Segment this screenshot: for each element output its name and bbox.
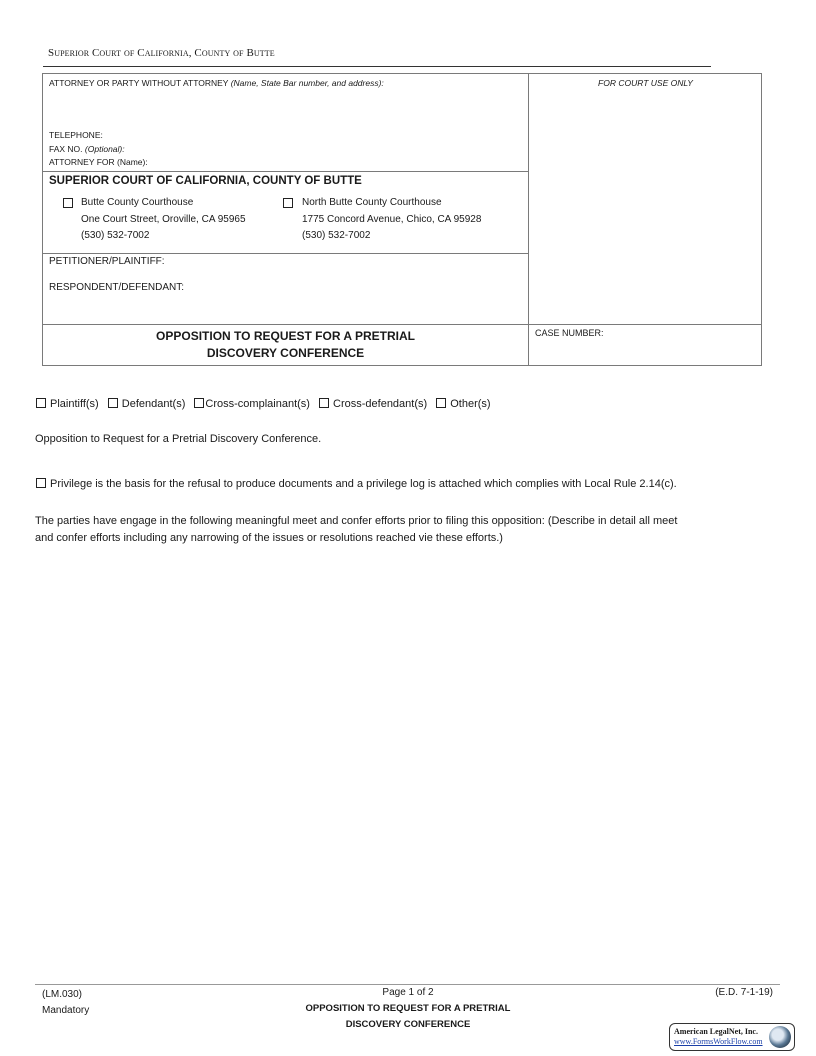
- party-option-label: Plaintiff(s): [50, 398, 99, 410]
- attorney-label-hint: (Name, State Bar number, and address):: [231, 78, 384, 88]
- party-option-label: Other(s): [450, 398, 490, 410]
- footer-center: Page 1 of 2 OPPOSITION TO REQUEST FOR A …: [258, 985, 558, 1033]
- americanlegalnet-logo[interactable]: American LegalNet, Inc. www.FormsWorkFlo…: [669, 1023, 795, 1051]
- courthouse-address: One Court Street, Oroville, CA 95965: [81, 212, 246, 229]
- fax-label: FAX NO.: [49, 144, 83, 154]
- courthouse-chico: North Butte County Courthouse 1775 Conco…: [302, 195, 481, 245]
- attorney-for-label: ATTORNEY FOR (Name):: [49, 157, 148, 167]
- party-option-label: Cross-defendant(s): [333, 398, 427, 410]
- telephone-label: TELEPHONE:: [49, 130, 103, 140]
- footer-title-line1: OPPOSITION TO REQUEST FOR A PRETRIAL: [258, 1001, 558, 1017]
- party-options: Plaintiff(s) Defendant(s) Cross-complain…: [36, 396, 491, 413]
- case-number-label: CASE NUMBER:: [535, 328, 604, 338]
- courthouse-name: Butte County Courthouse: [81, 195, 246, 212]
- header-rule: [43, 66, 711, 67]
- form-title: OPPOSITION TO REQUEST FOR A PRETRIAL DIS…: [43, 328, 528, 362]
- caption-divider-2: [42, 253, 528, 254]
- form-code: (LM.030): [42, 987, 89, 1003]
- fax-field: FAX NO. (Optional):: [49, 144, 125, 154]
- caption-divider-3: [42, 324, 762, 325]
- page-indicator: Page 1 of 2: [258, 985, 558, 1001]
- form-title-line1: OPPOSITION TO REQUEST FOR A PRETRIAL: [43, 328, 528, 345]
- party-option-cross-defendant[interactable]: Cross-defendant(s): [319, 398, 427, 410]
- court-header-title: Superior Court of California, County of …: [48, 47, 275, 59]
- checkbox-icon[interactable]: [194, 398, 204, 408]
- courthouse-oroville-checkbox[interactable]: [63, 198, 73, 208]
- courthouse-phone: (530) 532-7002: [81, 228, 246, 245]
- petitioner-label: PETITIONER/PLAINTIFF:: [49, 256, 165, 267]
- logo-link[interactable]: www.FormsWorkFlow.com: [674, 1037, 763, 1046]
- form-status: Mandatory: [42, 1003, 89, 1019]
- fax-hint: (Optional):: [85, 144, 125, 154]
- privilege-option-label: Privilege is the basis for the refusal t…: [50, 478, 677, 490]
- party-option-defendant[interactable]: Defendant(s): [108, 398, 186, 410]
- courthouse-address: 1775 Concord Avenue, Chico, CA 95928: [302, 212, 481, 229]
- opposition-statement: Opposition to Request for a Pretrial Dis…: [35, 431, 321, 448]
- party-option-label: Cross-complainant(s): [205, 398, 310, 410]
- courthouse-phone: (530) 532-7002: [302, 228, 481, 245]
- party-option-label: Defendant(s): [122, 398, 186, 410]
- form-title-line2: DISCOVERY CONFERENCE: [43, 345, 528, 362]
- court-name: SUPERIOR COURT OF CALIFORNIA, COUNTY OF …: [49, 175, 362, 187]
- logo-company: American LegalNet, Inc.: [674, 1027, 758, 1036]
- respondent-label: RESPONDENT/DEFENDANT:: [49, 282, 184, 293]
- attorney-label: ATTORNEY OR PARTY WITHOUT ATTORNEY: [49, 78, 228, 88]
- privilege-option[interactable]: Privilege is the basis for the refusal t…: [36, 476, 677, 493]
- caption-divider-vertical: [528, 73, 529, 366]
- meet-confer-instructions: The parties have engage in the following…: [35, 513, 795, 547]
- party-option-other[interactable]: Other(s): [436, 398, 490, 410]
- court-use-only-label: FOR COURT USE ONLY: [529, 78, 762, 88]
- meet-confer-line1: The parties have engage in the following…: [35, 513, 795, 530]
- checkbox-icon[interactable]: [108, 398, 118, 408]
- courthouse-chico-checkbox[interactable]: [283, 198, 293, 208]
- attorney-field[interactable]: ATTORNEY OR PARTY WITHOUT ATTORNEY (Name…: [49, 78, 384, 88]
- edition-date: (E.D. 7-1-19): [660, 985, 773, 1001]
- footer-left: (LM.030) Mandatory: [42, 987, 89, 1019]
- checkbox-icon[interactable]: [319, 398, 329, 408]
- checkbox-icon[interactable]: [36, 398, 46, 408]
- globe-icon: [769, 1026, 791, 1048]
- footer-title-line2: DISCOVERY CONFERENCE: [258, 1017, 558, 1033]
- checkbox-icon[interactable]: [36, 478, 46, 488]
- courthouse-name: North Butte County Courthouse: [302, 195, 481, 212]
- party-option-cross-complainant[interactable]: Cross-complainant(s): [194, 398, 310, 410]
- courthouse-oroville: Butte County Courthouse One Court Street…: [81, 195, 246, 245]
- party-option-plaintiff[interactable]: Plaintiff(s): [36, 398, 99, 410]
- caption-divider-1: [42, 171, 528, 172]
- checkbox-icon[interactable]: [436, 398, 446, 408]
- meet-confer-line2: and confer efforts including any narrowi…: [35, 530, 795, 547]
